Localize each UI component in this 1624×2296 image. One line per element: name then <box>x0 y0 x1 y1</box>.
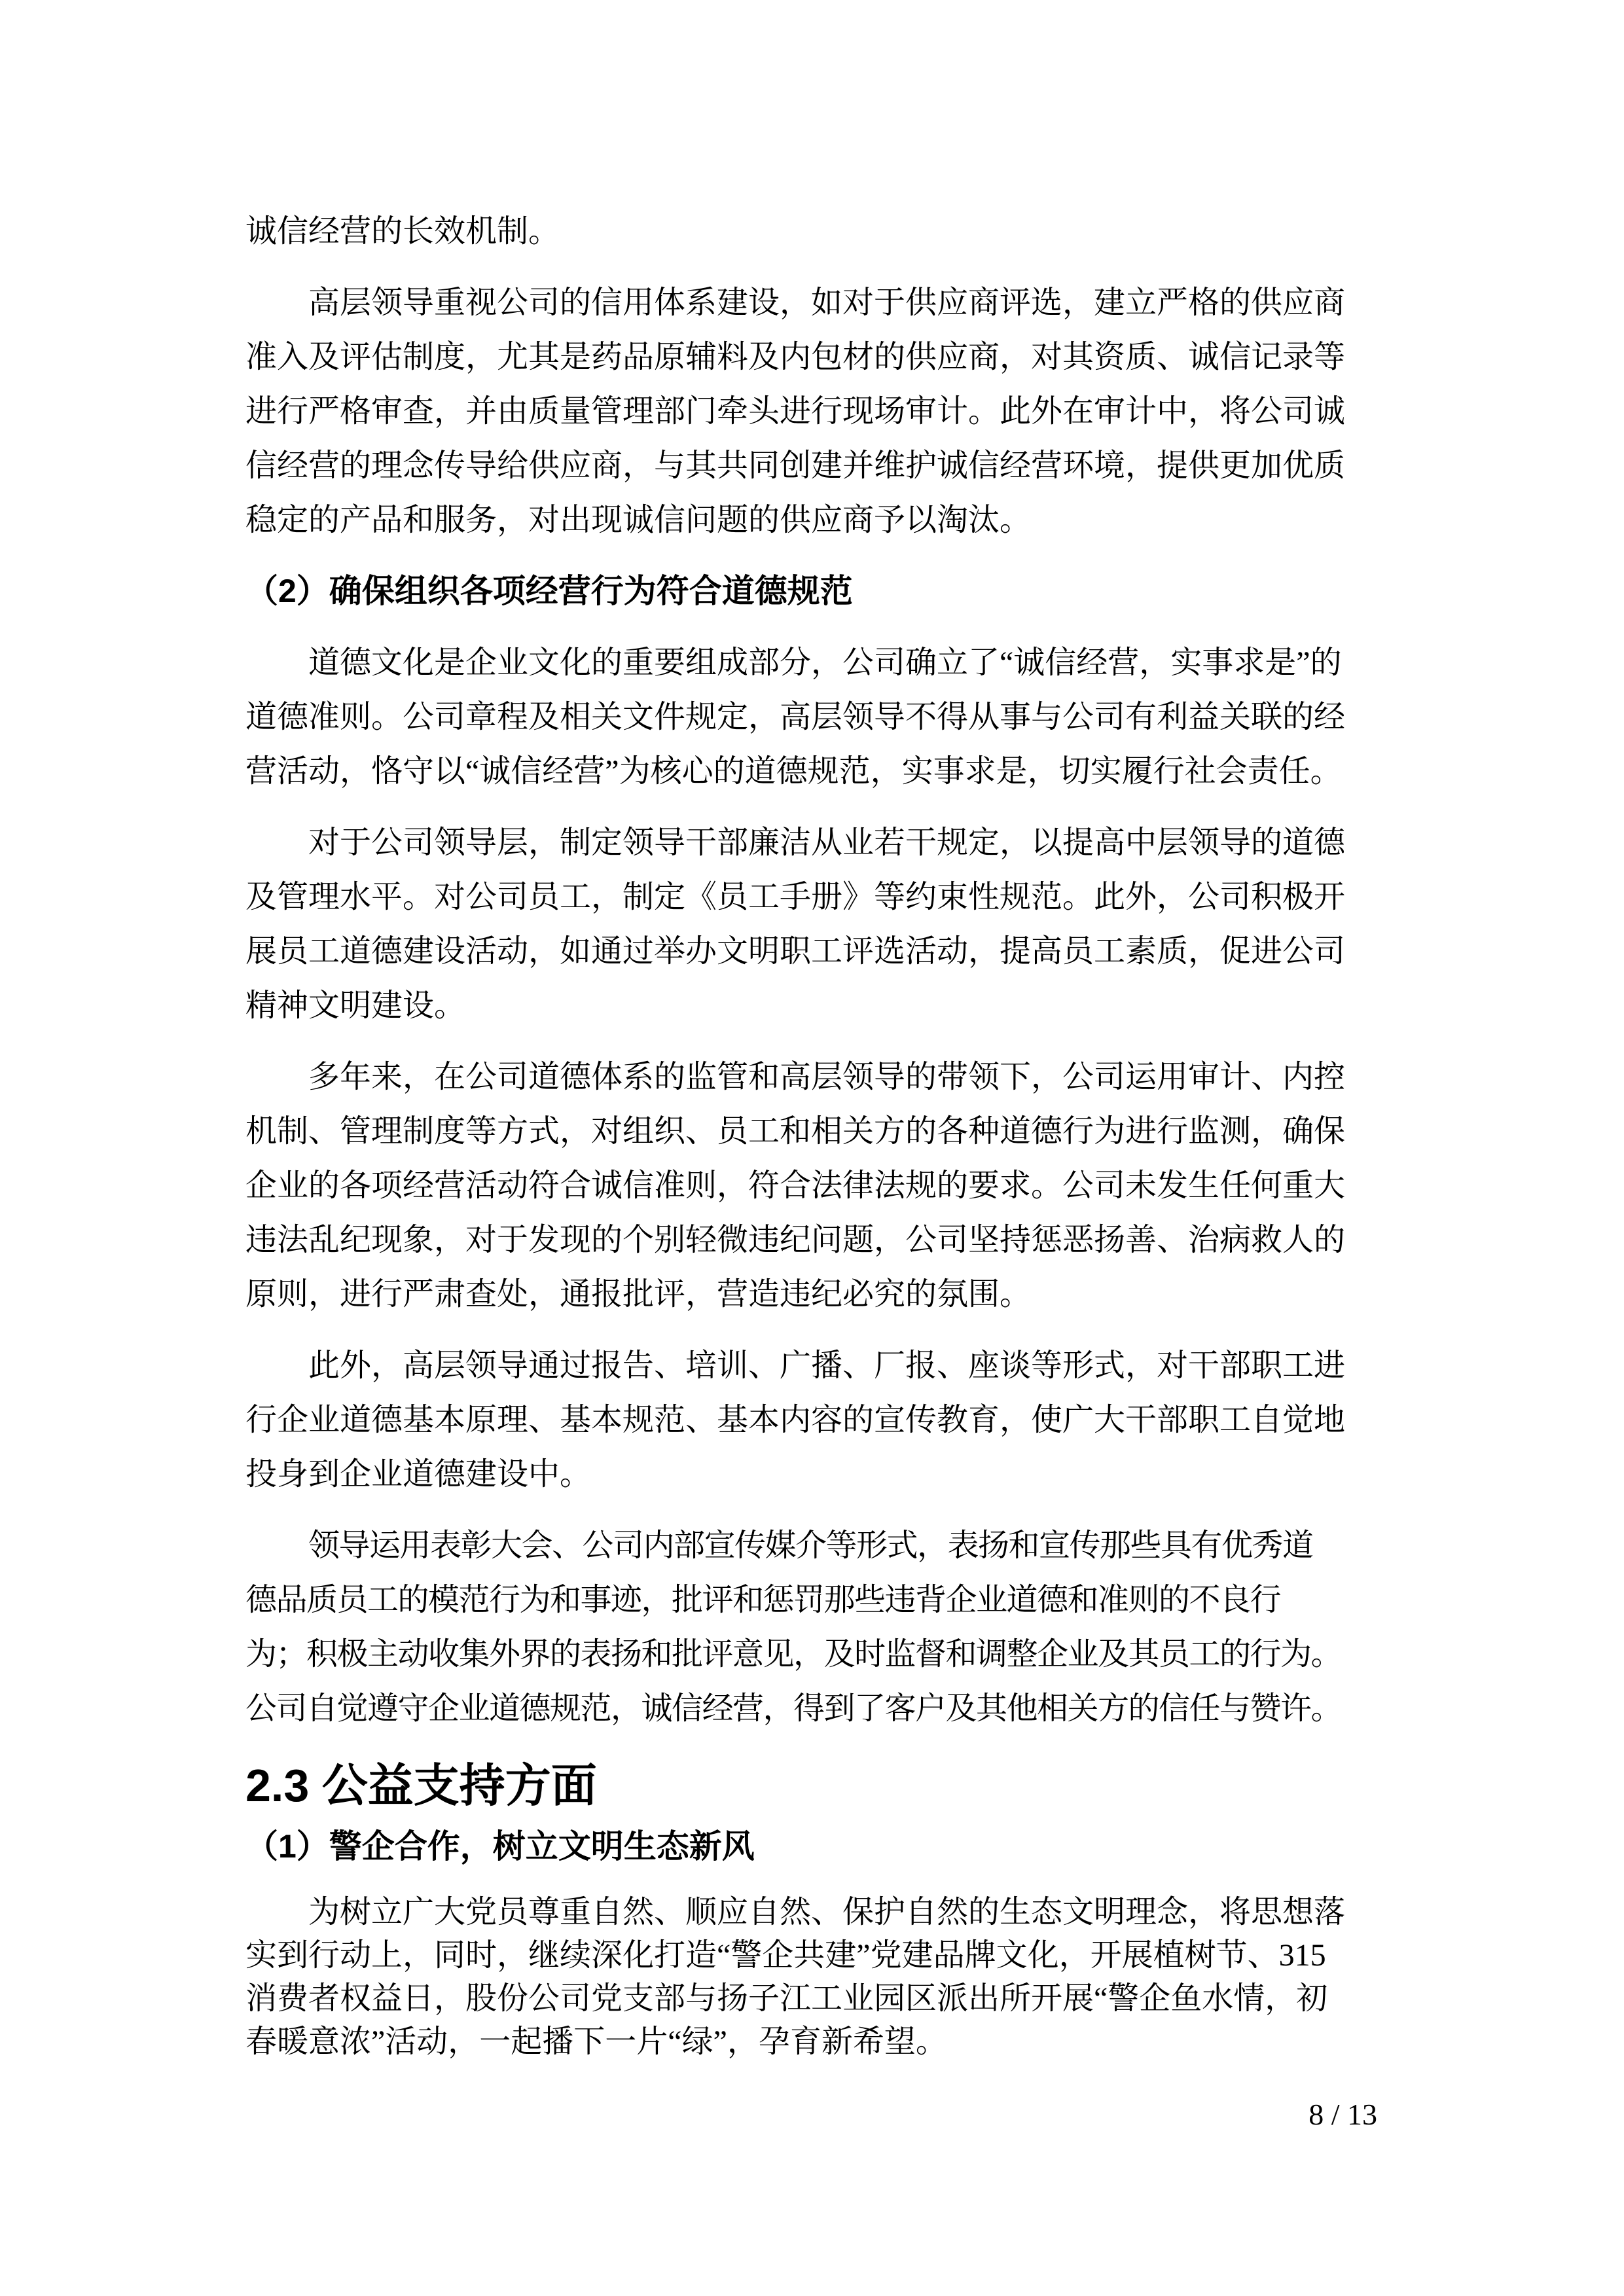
paragraph-credit-system: 高层领导重视公司的信用体系建设，如对于供应商评选，建立严格的供应商 准入及评估制… <box>245 276 1384 547</box>
paragraph-ethics-monitoring: 多年来，在公司道德体系的监管和高层领导的带领下，公司运用审计、内控 机制、管理制… <box>245 1050 1384 1321</box>
paragraph-previous-page-tail: 诚信经营的长效机制。 <box>245 204 1384 259</box>
heading-police-enterprise-cooperation: （1）警企合作，树立文明生态新风 <box>245 1820 1384 1874</box>
page-content: 诚信经营的长效机制。 高层领导重视公司的信用体系建设，如对于供应商评选，建立严格… <box>245 204 1384 2064</box>
page-number: 8 / 13 <box>1308 2095 1377 2134</box>
paragraph-police-cooperation: 为树立广大党员尊重自然、顺应自然、保护自然的生态文明理念，将思想落 实到行动上，… <box>245 1891 1384 2064</box>
paragraph-ethics-culture: 道德文化是企业文化的重要组成部分，公司确立了“诚信经营，实事求是”的 道德准则。… <box>245 636 1384 798</box>
document-page: 诚信经营的长效机制。 高层领导重视公司的信用体系建设，如对于供应商评选，建立严格… <box>0 0 1624 2296</box>
paragraph-leadership-rules: 对于公司领导层，制定领导干部廉洁从业若干规定，以提高中层领导的道德 及管理水平。… <box>245 816 1384 1033</box>
paragraph-ethics-education: 此外，高层领导通过报告、培训、广播、厂报、座谈等形式，对干部职工进 行企业道德基… <box>245 1338 1384 1501</box>
heading-ethics-compliance: （2）确保组织各项经营行为符合道德规范 <box>245 564 1384 619</box>
paragraph-recognition-criticism: 领导运用表彰大会、公司内部宣传媒介等形式，表扬和宣传那些具有优秀道 德品质员工的… <box>245 1518 1384 1736</box>
heading-public-welfare-section: 2.3 公益支持方面 <box>245 1753 1384 1818</box>
